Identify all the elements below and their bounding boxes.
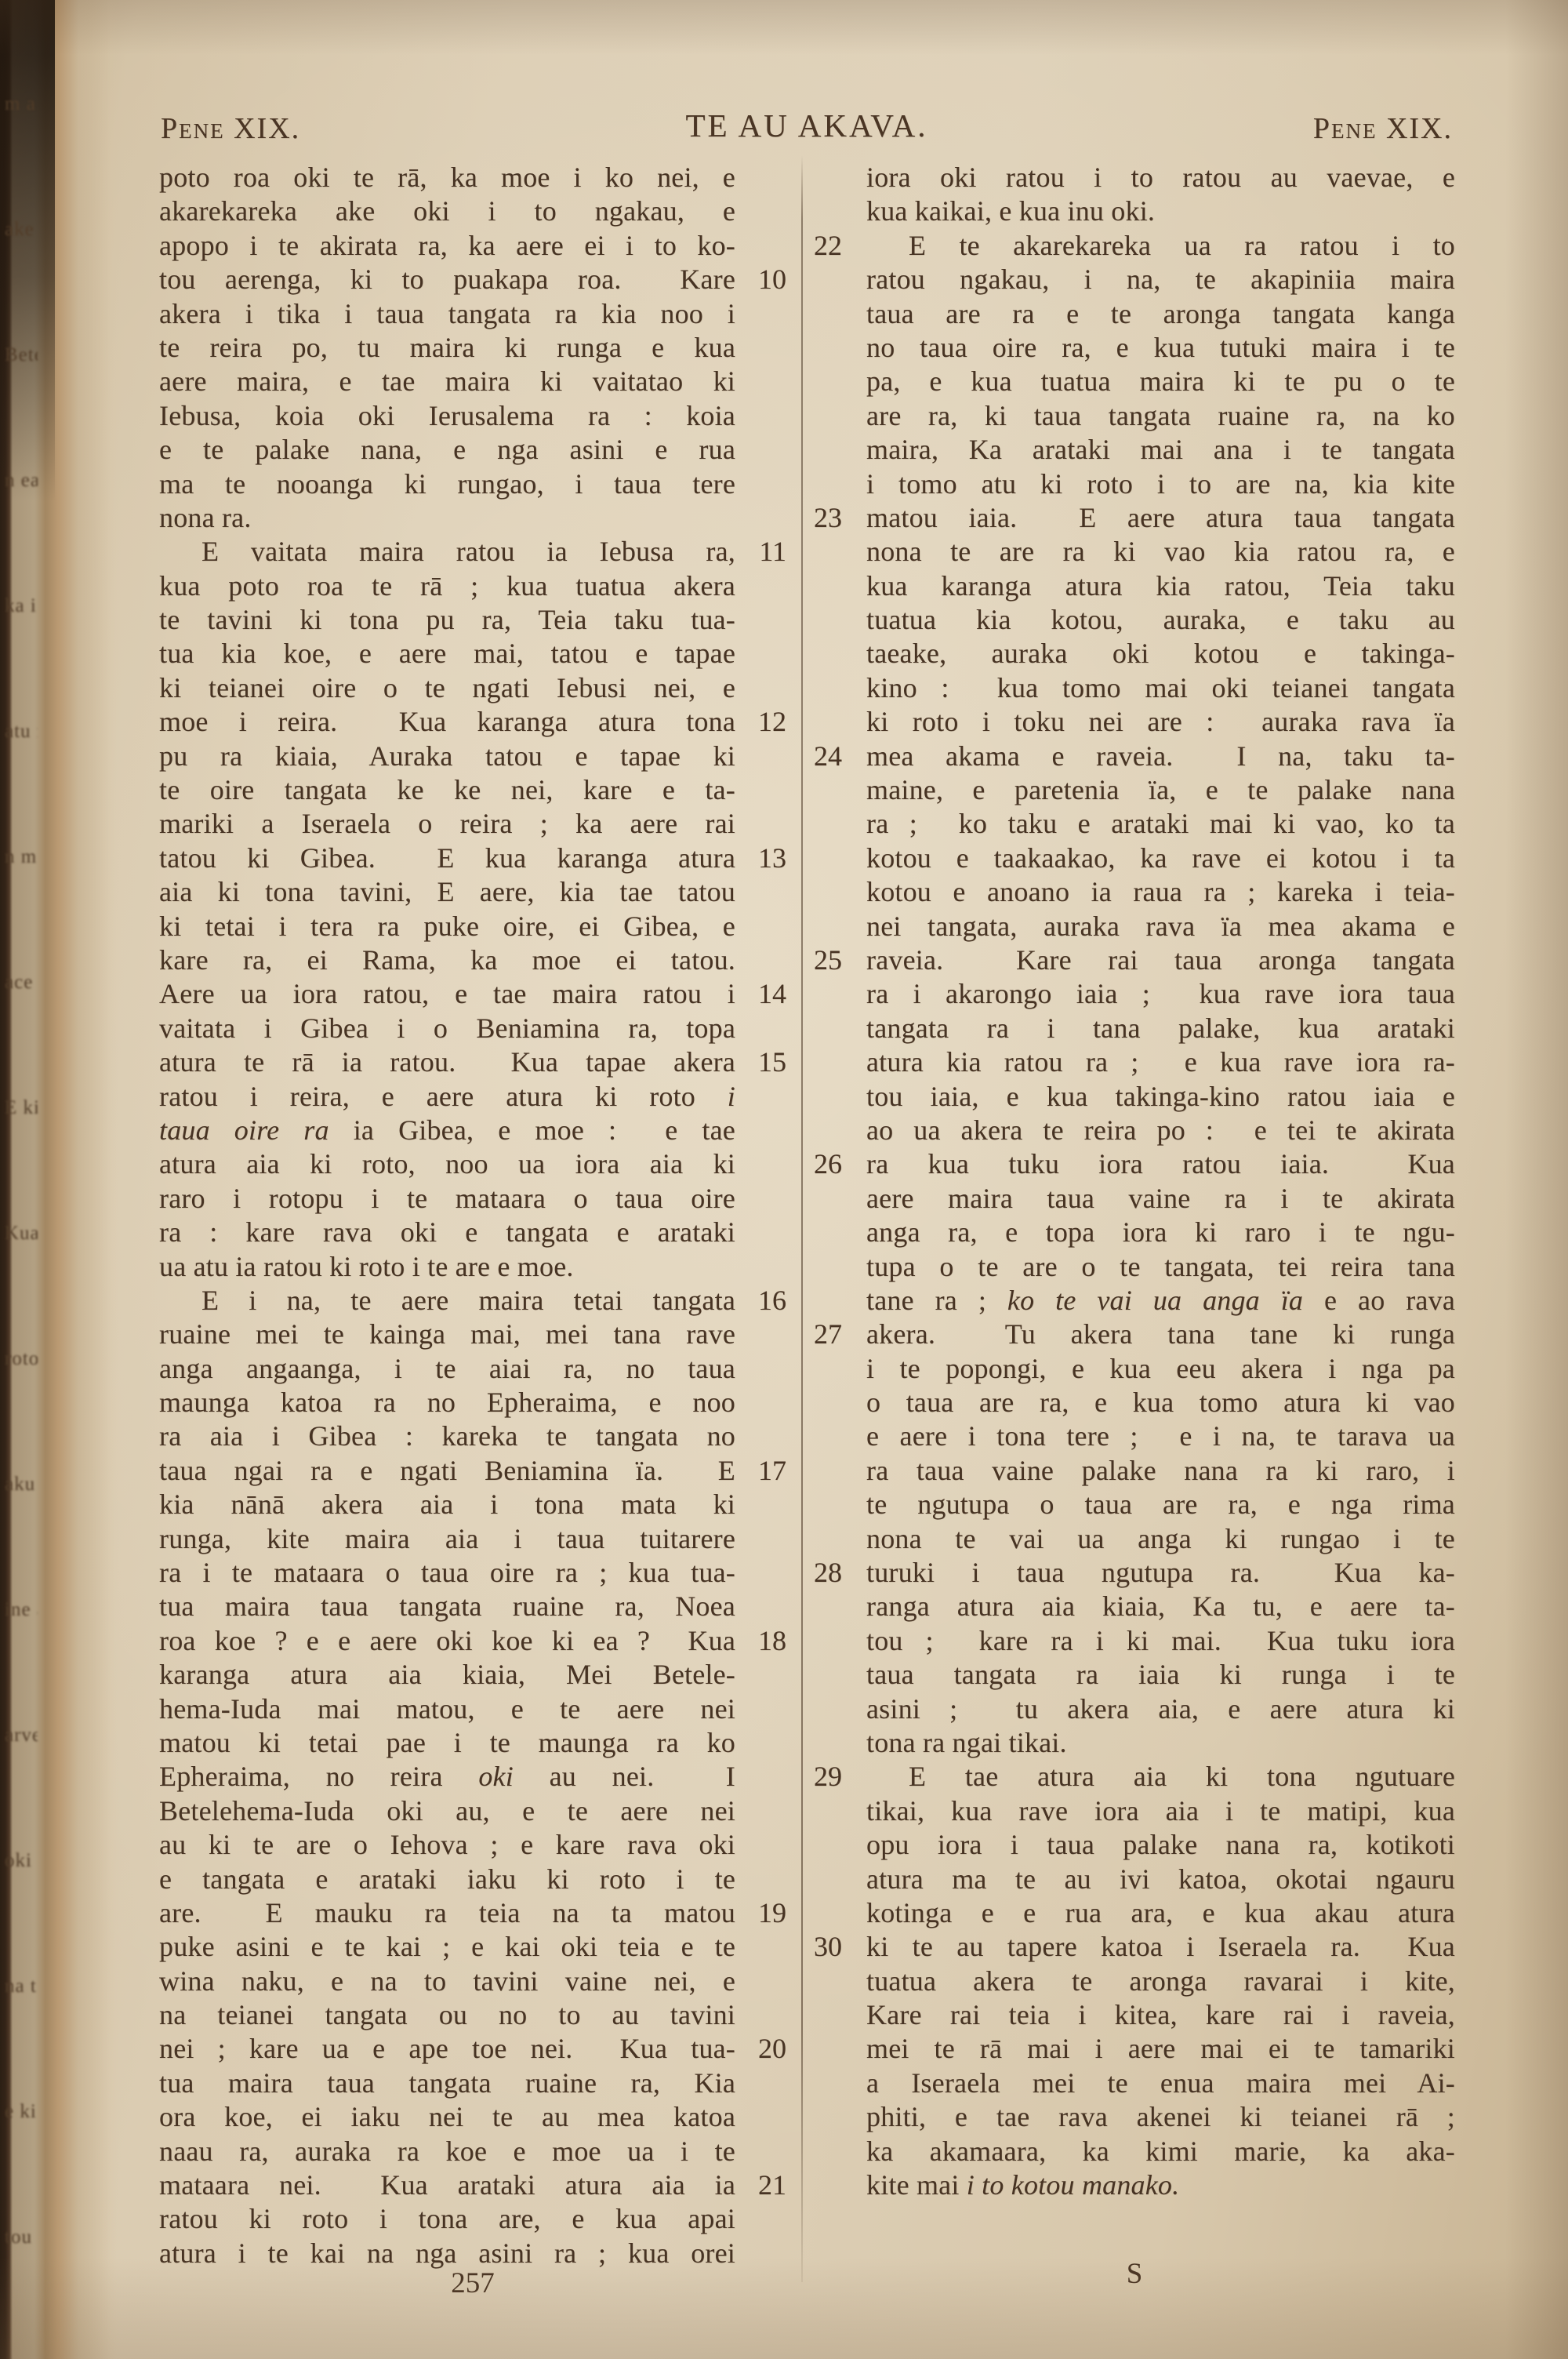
text-line: te tavini ki tona pu ra, Teia taku tua- bbox=[159, 603, 786, 637]
line-text: E i na, te aere maira tetai tangata bbox=[159, 1284, 735, 1318]
line-text: Iebusa, koia oki Ierusalema ra : koia bbox=[159, 399, 735, 433]
line-text: aia ki tona tavini, E aere, kia tae tato… bbox=[159, 875, 735, 909]
line-text: ranga atura aia kiaia, Ka tu, e aere ta- bbox=[866, 1590, 1455, 1623]
text-line: e tangata e arataki iaku ki roto i te bbox=[159, 1863, 786, 1896]
gutter-text-fragment: e ki bbox=[5, 2102, 38, 2122]
text-line: kia nānā akera aia i tona mata ki bbox=[159, 1488, 786, 1521]
text-line: ua atu ia ratou ki roto i te are e moe. bbox=[159, 1250, 786, 1284]
line-text: puke asini e te kai ; e kai oki teia e t… bbox=[159, 1930, 735, 1964]
text-line: ratou i reira, e aere atura ki roto i bbox=[159, 1080, 786, 1114]
text-line: turuki i taua ngutupa ra. Kua ka-28 bbox=[814, 1556, 1455, 1590]
line-text: ra i akarongo iaia ; kua rave iora taua bbox=[866, 977, 1455, 1011]
line-text: ki te au tapere katoa i Iseraela ra. Kua bbox=[866, 1930, 1455, 1964]
verse-number: 17 bbox=[758, 1454, 786, 1488]
text-line: tou iaia, e kua takinga-kino ratou iaia … bbox=[814, 1080, 1455, 1114]
line-text: e te palake nana, e nga asini e rua bbox=[159, 433, 735, 467]
text-line: tuatua akera te aronga ravarai i kite, bbox=[814, 1965, 1455, 1998]
line-text: Betelehema-Iuda oki au, e te aere nei bbox=[159, 1794, 735, 1828]
text-line: au ki te are o Iehova ; e kare rava oki bbox=[159, 1828, 786, 1862]
verse-number: 12 bbox=[758, 705, 786, 739]
text-line: taua tangata ra iaia ki runga i te bbox=[814, 1658, 1455, 1692]
gutter-text-fragment: n ea bbox=[5, 471, 38, 491]
text-line: phiti, e tae rava akenei ki teianei rā ; bbox=[814, 2100, 1455, 2134]
line-text: phiti, e tae rava akenei ki teianei rā ; bbox=[866, 2100, 1455, 2134]
gutter-text-fragment: arve bbox=[5, 1725, 38, 1746]
line-text: roa koe ? e e aere oki koe ki ea ? Kua bbox=[159, 1624, 735, 1658]
text-line: raveia. Kare rai taua aronga tangata25 bbox=[814, 943, 1455, 977]
line-text: o taua are ra, e kua tomo atura ki vao bbox=[866, 1386, 1455, 1419]
gutter-text-fragment: tou bbox=[5, 2227, 38, 2248]
line-text: tou aerenga, ki to puakapa roa. Kare bbox=[159, 263, 735, 296]
line-text: ra ; ko taku e arataki mai ki vao, ko ta bbox=[866, 807, 1455, 841]
line-text: nona te are ra ki vao kia ratou ra, e bbox=[866, 535, 1455, 569]
line-text: akera i tika i taua tangata ra kia noo i bbox=[159, 297, 735, 331]
line-text: no taua oire ra, e kua tutuki maira i te bbox=[866, 331, 1455, 365]
text-line: anga ra, e topa iora ki raro i te ngu- bbox=[814, 1216, 1455, 1249]
line-text: wina naku, e na to tavini vaine nei, e bbox=[159, 1965, 735, 1998]
line-text: e tangata e arataki iaku ki roto i te bbox=[159, 1863, 735, 1896]
line-text: taua tangata ra iaia ki runga i te bbox=[866, 1658, 1455, 1692]
line-text: matou iaia. E aere atura taua tangata bbox=[866, 501, 1455, 535]
text-line: kua karanga atura kia ratou, Teia taku bbox=[814, 569, 1455, 603]
line-text: kotou e anoano ia raua ra ; kareka i tei… bbox=[866, 875, 1455, 909]
line-text: mea akama e raveia. I na, taku ta- bbox=[866, 740, 1455, 773]
text-line: atura aia ki roto, noo ua iora aia ki bbox=[159, 1147, 786, 1181]
line-text: na teianei tangata ou no to au tavini bbox=[159, 1998, 735, 2032]
text-line: taeake, auraka oki kotou e takinga- bbox=[814, 637, 1455, 671]
line-text: apopo i te akirata ra, ka aere ei i to k… bbox=[159, 229, 735, 263]
line-text: are ra, ki taua tangata ruaine ra, na ko bbox=[866, 399, 1455, 433]
text-line: pu ra kiaia, Auraka tatou e tapae ki bbox=[159, 740, 786, 773]
text-line: tatou ki Gibea. E kua karanga atura13 bbox=[159, 841, 786, 875]
line-text: poto roa oki te rā, ka moe i ko nei, e bbox=[159, 161, 735, 194]
line-text: i tomo atu ki roto i to are na, kia kite bbox=[866, 467, 1455, 501]
text-line: taua ngai ra e ngati Beniamina ïa. E17 bbox=[159, 1454, 786, 1488]
text-line: ra kua tuku iora ratou iaia. Kua26 bbox=[814, 1147, 1455, 1181]
line-text: akera. Tu akera tana tane ki runga bbox=[866, 1318, 1455, 1351]
line-text: turuki i taua ngutupa ra. Kua ka- bbox=[866, 1556, 1455, 1590]
line-text: E te akarekareka ua ra ratou i to bbox=[866, 229, 1455, 263]
line-text: nei ; kare ua e ape toe nei. Kua tua- bbox=[159, 2032, 735, 2066]
text-line: e aere i tona tere ; e i na, te tarava u… bbox=[814, 1419, 1455, 1453]
text-line: ki te au tapere katoa i Iseraela ra. Kua… bbox=[814, 1930, 1455, 1964]
line-text: tupa o te are o te tangata, tei reira ta… bbox=[866, 1250, 1455, 1284]
text-line: kua kaikai, e kua inu oki. bbox=[814, 194, 1455, 228]
text-line: are ra, ki taua tangata ruaine ra, na ko bbox=[814, 399, 1455, 433]
line-text: E tae atura aia ki tona ngutuare bbox=[866, 1760, 1455, 1794]
verse-number: 22 bbox=[814, 229, 842, 263]
text-line: kite mai i to kotou manako. bbox=[814, 2168, 1455, 2202]
text-line: tikai, kua rave iora aia i te matipi, ku… bbox=[814, 1794, 1455, 1828]
text-line: aere maira taua vaine ra i te akirata bbox=[814, 1182, 1455, 1216]
text-line: ranga atura aia kiaia, Ka tu, e aere ta- bbox=[814, 1590, 1455, 1623]
line-text: nona ra. bbox=[159, 501, 735, 535]
line-text: kua kaikai, e kua inu oki. bbox=[866, 194, 1455, 228]
text-line: mariki a Iseraela o reira ; ka aere rai bbox=[159, 807, 786, 841]
line-text: kia nānā akera aia i tona mata ki bbox=[159, 1488, 735, 1521]
text-line: ruaine mei te kainga mai, mei tana rave bbox=[159, 1318, 786, 1351]
line-text: karanga atura aia kiaia, Mei Betele- bbox=[159, 1658, 735, 1692]
text-line: a Iseraela mei te enua maira mei Ai- bbox=[814, 2066, 1455, 2100]
text-line: ki tetai i tera ra puke oire, ei Gibea, … bbox=[159, 910, 786, 943]
line-text: ki roto i toku nei are : auraka rava ïa bbox=[866, 705, 1455, 739]
line-text: atura kia ratou ra ; e kua rave iora ra- bbox=[866, 1045, 1455, 1079]
line-text: ra kua tuku iora ratou iaia. Kua bbox=[866, 1147, 1455, 1181]
line-text: asini ; tu akera aia, e aere atura ki bbox=[866, 1692, 1455, 1726]
line-text: taua oire ra ia Gibea, e moe : e tae bbox=[159, 1114, 735, 1147]
text-line: atura kia ratou ra ; e kua rave iora ra- bbox=[814, 1045, 1455, 1079]
line-text: te tavini ki tona pu ra, Teia taku tua- bbox=[159, 603, 735, 637]
verse-number: 19 bbox=[758, 1896, 786, 1930]
text-line: ao ua akera te reira po : e tei te akira… bbox=[814, 1114, 1455, 1147]
line-text: are. E mauku ra teia na ta matou bbox=[159, 1896, 735, 1930]
text-line: wina naku, e na to tavini vaine nei, e bbox=[159, 1965, 786, 1998]
line-text: tou iaia, e kua takinga-kino ratou iaia … bbox=[866, 1080, 1455, 1114]
text-line: ra i te mataara o taua oire ra ; kua tua… bbox=[159, 1556, 786, 1590]
text-line: ratou ngakau, i na, te akapiniia maira bbox=[814, 263, 1455, 296]
text-line: tangata ra i tana palake, kua arataki bbox=[814, 1012, 1455, 1045]
verse-number: 16 bbox=[758, 1284, 786, 1318]
line-text: taeake, auraka oki kotou e takinga- bbox=[866, 637, 1455, 671]
running-head-right: Pene XIX. bbox=[1313, 111, 1453, 146]
text-line: na teianei tangata ou no to au tavini bbox=[159, 1998, 786, 2032]
text-line: Aere ua iora ratou, e tae maira ratou i1… bbox=[159, 977, 786, 1011]
text-line: tona ra ngai tikai. bbox=[814, 1726, 1455, 1760]
line-text: te ngutupa o taua are ra, e nga rima bbox=[866, 1488, 1455, 1521]
text-line: o taua are ra, e kua tomo atura ki vao bbox=[814, 1386, 1455, 1419]
line-text: pu ra kiaia, Auraka tatou e tapae ki bbox=[159, 740, 735, 773]
text-line: naau ra, auraka ra koe e moe ua i te bbox=[159, 2135, 786, 2168]
text-line: maine, e paretenia ïa, e te palake nana bbox=[814, 773, 1455, 807]
text-line: asini ; tu akera aia, e aere atura ki bbox=[814, 1692, 1455, 1726]
line-text: tua maira taua tangata ruaine ra, Noea bbox=[159, 1590, 735, 1623]
text-line: taua oire ra ia Gibea, e moe : e tae bbox=[159, 1114, 786, 1147]
verse-number: 30 bbox=[814, 1930, 842, 1964]
line-text: runga, kite maira aia i taua tuitarere bbox=[159, 1522, 735, 1556]
text-line: aia ki tona tavini, E aere, kia tae tato… bbox=[159, 875, 786, 909]
text-line: tua kia koe, e aere mai, tatou e tapae bbox=[159, 637, 786, 671]
verse-number: 27 bbox=[814, 1318, 842, 1351]
line-text: tane ra ; ko te vai ua anga ïa e ao rava bbox=[866, 1284, 1455, 1318]
line-text: raro i rotopu i te mataara o taua oire bbox=[159, 1182, 735, 1216]
line-text: ora koe, ei iaku nei te au mea katoa bbox=[159, 2100, 735, 2134]
line-text: taua ngai ra e ngati Beniamina ïa. E bbox=[159, 1454, 735, 1488]
verse-number: 15 bbox=[758, 1045, 786, 1079]
text-line: tuatua kia kotou, auraka, e taku au bbox=[814, 603, 1455, 637]
line-text: atura i te kai na nga asini ra ; kua ore… bbox=[159, 2237, 735, 2270]
text-line: atura i te kai na nga asini ra ; kua ore… bbox=[159, 2237, 786, 2270]
gutter-text-fragment: ka i bbox=[5, 596, 38, 616]
text-line: i te popongi, e kua eeu akera i nga pa bbox=[814, 1352, 1455, 1386]
text-line: ra ; ko taku e arataki mai ki vao, ko ta bbox=[814, 807, 1455, 841]
page-number: 257 bbox=[159, 2266, 786, 2300]
line-text: aere maira taua vaine ra i te akirata bbox=[866, 1182, 1455, 1216]
line-text: maira, Ka arataki mai ana i te tangata bbox=[866, 433, 1455, 467]
line-text: Epheraima, no reira oki au nei. I bbox=[159, 1760, 735, 1794]
text-line: atura ma te au ivi katoa, okotai ngauru bbox=[814, 1863, 1455, 1896]
text-line: mei te rā mai i aere mai ei te tamariki bbox=[814, 2032, 1455, 2066]
text-line: tua maira taua tangata ruaine ra, Noea bbox=[159, 1590, 786, 1623]
gutter-text-fragment: ine a bbox=[5, 1600, 38, 1620]
text-line: Betelehema-Iuda oki au, e te aere nei bbox=[159, 1794, 786, 1828]
line-text: kotou e taakaakao, ka rave ei kotou i ta bbox=[866, 841, 1455, 875]
line-text: pa, e kua tuatua maira ki te pu o te bbox=[866, 365, 1455, 398]
line-text: kua karanga atura kia ratou, Teia taku bbox=[866, 569, 1455, 603]
line-text: ki tetai i tera ra puke oire, ei Gibea, … bbox=[159, 910, 735, 943]
text-line: Iebusa, koia oki Ierusalema ra : koia bbox=[159, 399, 786, 433]
text-line: ki teianei oire o te ngati Iebusi nei, e bbox=[159, 671, 786, 705]
text-line: nei ; kare ua e ape toe nei. Kua tua-20 bbox=[159, 2032, 786, 2066]
line-text: E vaitata maira ratou ia Iebusa ra, bbox=[159, 535, 735, 569]
text-line: akarekareka ake oki i to ngakau, e bbox=[159, 194, 786, 228]
text-line: runga, kite maira aia i taua tuitarere bbox=[159, 1522, 786, 1556]
verse-number: 25 bbox=[814, 943, 842, 977]
gutter-text-fragment: n ma bbox=[5, 847, 38, 867]
text-line: kua poto roa te rā ; kua tuatua akera bbox=[159, 569, 786, 603]
line-text: mariki a Iseraela o reira ; ka aere rai bbox=[159, 807, 735, 841]
text-line: te reira po, tu maira ki runga e kua bbox=[159, 331, 786, 365]
text-line: kare ra, ei Rama, ka moe ei tatou. bbox=[159, 943, 786, 977]
text-line: maunga katoa ra no Epheraima, e noo bbox=[159, 1386, 786, 1419]
text-line: i tomo atu ki roto i to are na, kia kite bbox=[814, 467, 1455, 501]
line-text: Kare rai teia i kitea, kare rai i raveia… bbox=[866, 1998, 1455, 2032]
text-line: E tae atura aia ki tona ngutuare29 bbox=[814, 1760, 1455, 1794]
text-line: kotinga e e rua ara, e kua akau atura bbox=[814, 1896, 1455, 1930]
text-line: ra taua vaine palake nana ra ki raro, i bbox=[814, 1454, 1455, 1488]
line-text: kua poto roa te rā ; kua tuatua akera bbox=[159, 569, 735, 603]
text-line: tua maira taua tangata ruaine ra, Kia bbox=[159, 2066, 786, 2100]
line-text: atura aia ki roto, noo ua iora aia ki bbox=[159, 1147, 735, 1181]
line-text: tua maira taua tangata ruaine ra, Kia bbox=[159, 2066, 735, 2100]
line-text: kotinga e e rua ara, e kua akau atura bbox=[866, 1896, 1455, 1930]
text-line: mataara nei. Kua arataki atura aia ia21 bbox=[159, 2168, 786, 2202]
text-line: tou aerenga, ki to puakapa roa. Kare10 bbox=[159, 263, 786, 296]
gutter-text-fragment: na t bbox=[5, 1976, 38, 1997]
text-line: nona te vai ua anga ki rungao i te bbox=[814, 1522, 1455, 1556]
line-text: ruaine mei te kainga mai, mei tana rave bbox=[159, 1318, 735, 1351]
gutter-text-fragment: ace k bbox=[5, 972, 38, 993]
text-line: moe i reira. Kua karanga atura tona12 bbox=[159, 705, 786, 739]
line-text: ma te nooanga ki rungao, i taua tere bbox=[159, 467, 735, 501]
line-text: ratou ngakau, i na, te akapiniia maira bbox=[866, 263, 1455, 296]
text-line: E te akarekareka ua ra ratou i to22 bbox=[814, 229, 1455, 263]
text-line: vaitata i Gibea i o Beniamina ra, topa bbox=[159, 1012, 786, 1045]
gutter-text-fragment: m a bbox=[5, 94, 38, 114]
text-line: raro i rotopu i te mataara o taua oire bbox=[159, 1182, 786, 1216]
text-line: akera. Tu akera tana tane ki runga27 bbox=[814, 1318, 1455, 1351]
line-text: a Iseraela mei te enua maira mei Ai- bbox=[866, 2066, 1455, 2100]
text-column-right: iora oki ratou i to ratou au vaevae, eku… bbox=[814, 161, 1455, 2202]
line-text: e aere i tona tere ; e i na, te tarava u… bbox=[866, 1419, 1455, 1453]
line-text: akarekareka ake oki i to ngakau, e bbox=[159, 194, 735, 228]
line-text: taua are ra e te aronga tangata kanga bbox=[866, 297, 1455, 331]
verse-number: 11 bbox=[759, 535, 786, 569]
line-text: tangata ra i tana palake, kua arataki bbox=[866, 1012, 1455, 1045]
gutter-text-fragment: atu n bbox=[5, 722, 38, 742]
text-line: ora koe, ei iaku nei te au mea katoa bbox=[159, 2100, 786, 2134]
line-text: Aere ua iora ratou, e tae maira ratou i bbox=[159, 977, 735, 1011]
line-text: ki teianei oire o te ngati Iebusi nei, e bbox=[159, 671, 735, 705]
text-line: te ngutupa o taua are ra, e nga rima bbox=[814, 1488, 1455, 1521]
text-line: kotou e anoano ia raua ra ; kareka i tei… bbox=[814, 875, 1455, 909]
page-header: Pene XIX. TE AU AKAVA. Pene XIX. bbox=[159, 107, 1454, 155]
line-text: ratou ki roto i tona are, e kua apai bbox=[159, 2202, 735, 2236]
line-text: anga ra, e topa iora ki raro i te ngu- bbox=[866, 1216, 1455, 1249]
line-text: ra i te mataara o taua oire ra ; kua tua… bbox=[159, 1556, 735, 1590]
text-line: Epheraima, no reira oki au nei. I bbox=[159, 1760, 786, 1794]
text-line: aere maira, e tae maira ki vaitatao ki bbox=[159, 365, 786, 398]
text-line: nona te are ra ki vao kia ratou ra, e bbox=[814, 535, 1455, 569]
text-line: are. E mauku ra teia na ta matou19 bbox=[159, 1896, 786, 1930]
line-text: maunga katoa ra no Epheraima, e noo bbox=[159, 1386, 735, 1419]
text-line: ra : kare rava oki e tangata e arataki bbox=[159, 1216, 786, 1249]
text-line: pa, e kua tuatua maira ki te pu o te bbox=[814, 365, 1455, 398]
text-line: te oire tangata ke ke nei, kare e ta- bbox=[159, 773, 786, 807]
verse-number: 24 bbox=[814, 740, 842, 773]
line-text: opu iora i taua palake nana ra, kotikoti bbox=[866, 1828, 1455, 1862]
text-line: ka akamaara, ka kimi marie, ka aka- bbox=[814, 2135, 1455, 2168]
text-line: kotou e taakaakao, ka rave ei kotou i ta bbox=[814, 841, 1455, 875]
text-line: E vaitata maira ratou ia Iebusa ra,11 bbox=[159, 535, 786, 569]
text-line: no taua oire ra, e kua tutuki maira i te bbox=[814, 331, 1455, 365]
verse-number: 26 bbox=[814, 1147, 842, 1181]
text-line: mea akama e raveia. I na, taku ta-24 bbox=[814, 740, 1455, 773]
text-line: ratou ki roto i tona are, e kua apai bbox=[159, 2202, 786, 2236]
gutter-text-fragment: ake bbox=[5, 220, 38, 240]
line-text: te reira po, tu maira ki runga e kua bbox=[159, 331, 735, 365]
line-text: anga angaanga, i te aiai ra, no taua bbox=[159, 1352, 735, 1386]
book-title: TE AU AKAVA. bbox=[159, 107, 1454, 144]
line-text: moe i reira. Kua karanga atura tona bbox=[159, 705, 735, 739]
text-line: nona ra. bbox=[159, 501, 786, 535]
line-text: ra aia i Gibea : kareka te tangata no bbox=[159, 1419, 735, 1453]
column-divider bbox=[801, 155, 803, 2282]
line-text: te oire tangata ke ke nei, kare e ta- bbox=[159, 773, 735, 807]
line-text: tikai, kua rave iora aia i te matipi, ku… bbox=[866, 1794, 1455, 1828]
text-line: Kare rai teia i kitea, kare rai i raveia… bbox=[814, 1998, 1455, 2032]
verse-number: 21 bbox=[758, 2168, 786, 2202]
text-line: nei tangata, auraka rava ïa mea akama e bbox=[814, 910, 1455, 943]
gutter-text-fragment: aku bbox=[5, 1474, 38, 1495]
text-line: kino : kua tomo mai oki teianei tangata bbox=[814, 671, 1455, 705]
verse-number: 20 bbox=[758, 2032, 786, 2066]
text-line: apopo i te akirata ra, ka aere ei i to k… bbox=[159, 229, 786, 263]
opposite-page-edge: m aakeBeten eaka iatu nn maace kE kiKuar… bbox=[0, 0, 118, 2359]
line-text: kare ra, ei Rama, ka moe ei tatou. bbox=[159, 943, 735, 977]
line-text: hema-Iuda mai matou, e te aere nei bbox=[159, 1692, 735, 1726]
gutter-text-fragment: roto i bbox=[5, 1349, 38, 1369]
line-text: au ki te are o Iehova ; e kare rava oki bbox=[159, 1828, 735, 1862]
verse-number: 14 bbox=[758, 977, 786, 1011]
line-text: tou ; kare ra i ki mai. Kua tuku iora bbox=[866, 1624, 1455, 1658]
text-line: tou ; kare ra i ki mai. Kua tuku iora bbox=[814, 1624, 1455, 1658]
line-text: ka akamaara, ka kimi marie, ka aka- bbox=[866, 2135, 1455, 2168]
line-text: tona ra ngai tikai. bbox=[866, 1726, 1455, 1760]
line-text: i te popongi, e kua eeu akera i nga pa bbox=[866, 1352, 1455, 1386]
text-line: ma te nooanga ki rungao, i taua tere bbox=[159, 467, 786, 501]
line-text: atura te rā ia ratou. Kua tapae akera bbox=[159, 1045, 735, 1079]
line-text: mei te rā mai i aere mai ei te tamariki bbox=[866, 2032, 1455, 2066]
text-line: e te palake nana, e nga asini e rua bbox=[159, 433, 786, 467]
text-line: matou iaia. E aere atura taua tangata23 bbox=[814, 501, 1455, 535]
line-text: ua atu ia ratou ki roto i te are e moe. bbox=[159, 1250, 735, 1284]
gutter-text-fragment: Bete bbox=[5, 345, 38, 365]
text-line: poto roa oki te rā, ka moe i ko nei, e bbox=[159, 161, 786, 194]
line-text: ra taua vaine palake nana ra ki raro, i bbox=[866, 1454, 1455, 1488]
line-text: iora oki ratou i to ratou au vaevae, e bbox=[866, 161, 1455, 194]
line-text: raveia. Kare rai taua aronga tangata bbox=[866, 943, 1455, 977]
verse-number: 10 bbox=[758, 263, 786, 296]
text-column-left: poto roa oki te rā, ka moe i ko nei, eak… bbox=[159, 161, 786, 2270]
line-text: kino : kua tomo mai oki teianei tangata bbox=[866, 671, 1455, 705]
verse-number: 18 bbox=[758, 1624, 786, 1658]
text-line: anga angaanga, i te aiai ra, no taua bbox=[159, 1352, 786, 1386]
text-line: atura te rā ia ratou. Kua tapae akera15 bbox=[159, 1045, 786, 1079]
line-text: tatou ki Gibea. E kua karanga atura bbox=[159, 841, 735, 875]
text-line: iora oki ratou i to ratou au vaevae, e bbox=[814, 161, 1455, 194]
signature-mark: S bbox=[814, 2257, 1455, 2291]
line-text: tua kia koe, e aere mai, tatou e tapae bbox=[159, 637, 735, 671]
line-text: mataara nei. Kua arataki atura aia ia bbox=[159, 2168, 735, 2202]
line-text: ra : kare rava oki e tangata e arataki bbox=[159, 1216, 735, 1249]
text-line: ki roto i toku nei are : auraka rava ïa bbox=[814, 705, 1455, 739]
line-text: matou ki tetai pae i te maunga ra ko bbox=[159, 1726, 735, 1760]
binding-shadow bbox=[0, 0, 55, 502]
gutter-text-fragment: oki bbox=[5, 1851, 38, 1871]
line-text: ratou i reira, e aere atura ki roto i bbox=[159, 1080, 735, 1114]
text-line: karanga atura aia kiaia, Mei Betele- bbox=[159, 1658, 786, 1692]
book-page-scan: m aakeBeten eaka iatu nn maace kE kiKuar… bbox=[0, 0, 1568, 2359]
text-line: akera i tika i taua tangata ra kia noo i bbox=[159, 297, 786, 331]
line-text: kite mai i to kotou manako. bbox=[866, 2168, 1455, 2202]
line-text: nona te vai ua anga ki rungao i te bbox=[866, 1522, 1455, 1556]
verse-number: 23 bbox=[814, 501, 842, 535]
line-text: vaitata i Gibea i o Beniamina ra, topa bbox=[159, 1012, 735, 1045]
text-line: taua are ra e te aronga tangata kanga bbox=[814, 297, 1455, 331]
text-line: tane ra ; ko te vai ua anga ïa e ao rava bbox=[814, 1284, 1455, 1318]
gutter-text-fragment: Kua bbox=[5, 1223, 38, 1244]
text-line: maira, Ka arataki mai ana i te tangata bbox=[814, 433, 1455, 467]
text-line: ra i akarongo iaia ; kua rave iora taua bbox=[814, 977, 1455, 1011]
text-line: hema-Iuda mai matou, e te aere nei bbox=[159, 1692, 786, 1726]
text-line: tupa o te are o te tangata, tei reira ta… bbox=[814, 1250, 1455, 1284]
verse-number: 13 bbox=[758, 841, 786, 875]
line-text: ao ua akera te reira po : e tei te akira… bbox=[866, 1114, 1455, 1147]
line-text: tuatua kia kotou, auraka, e taku au bbox=[866, 603, 1455, 637]
text-line: E i na, te aere maira tetai tangata16 bbox=[159, 1284, 786, 1318]
line-text: aere maira, e tae maira ki vaitatao ki bbox=[159, 365, 735, 398]
line-text: naau ra, auraka ra koe e moe ua i te bbox=[159, 2135, 735, 2168]
line-text: tuatua akera te aronga ravarai i kite, bbox=[866, 1965, 1455, 1998]
verse-number: 28 bbox=[814, 1556, 842, 1590]
text-line: opu iora i taua palake nana ra, kotikoti bbox=[814, 1828, 1455, 1862]
line-text: maine, e paretenia ïa, e te palake nana bbox=[866, 773, 1455, 807]
text-line: ra aia i Gibea : kareka te tangata no bbox=[159, 1419, 786, 1453]
text-line: matou ki tetai pae i te maunga ra ko bbox=[159, 1726, 786, 1760]
verse-number: 29 bbox=[814, 1760, 842, 1794]
gutter-text-fragment: E ki bbox=[5, 1098, 38, 1118]
line-text: atura ma te au ivi katoa, okotai ngauru bbox=[866, 1863, 1455, 1896]
text-line: puke asini e te kai ; e kai oki teia e t… bbox=[159, 1930, 786, 1964]
line-text: nei tangata, auraka rava ïa mea akama e bbox=[866, 910, 1455, 943]
text-line: roa koe ? e e aere oki koe ki ea ? Kua18 bbox=[159, 1624, 786, 1658]
